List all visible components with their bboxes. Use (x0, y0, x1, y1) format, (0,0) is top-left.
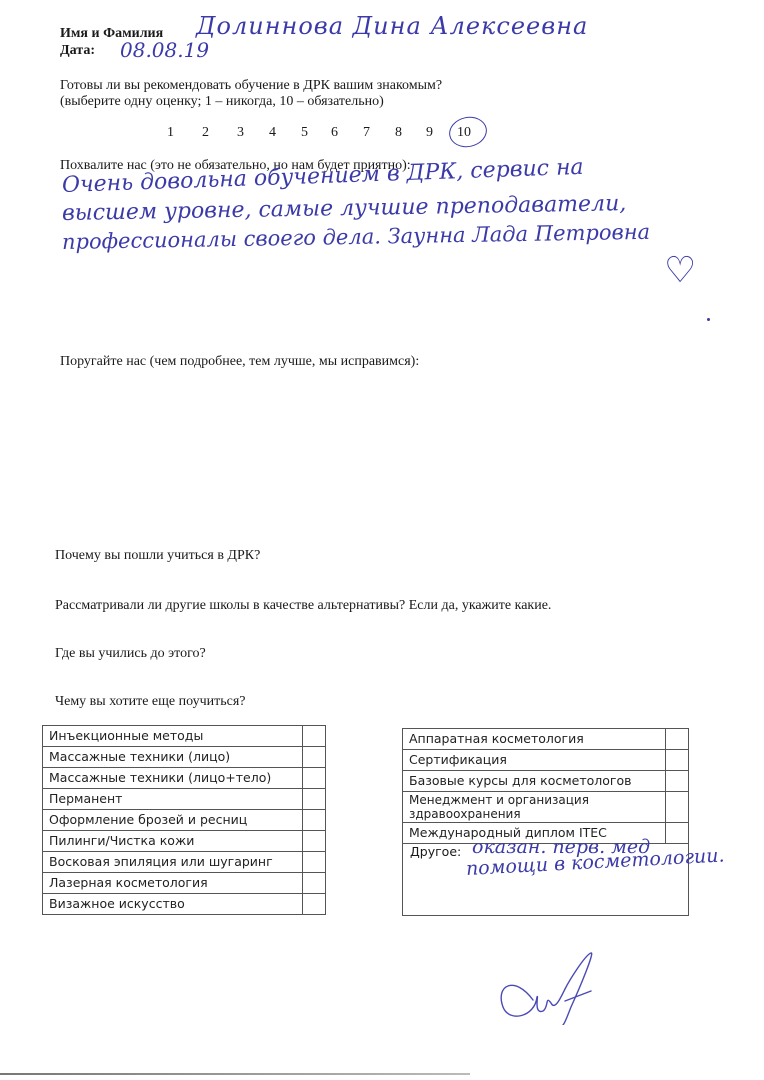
selected-rating-circle (446, 113, 489, 150)
date-label: Дата: (60, 43, 95, 59)
name-field[interactable]: Долиннова Дина Алексеевна (196, 12, 588, 40)
option-label: Пилинги/Чистка кожи (43, 831, 303, 852)
criticism-answer-area[interactable] (60, 372, 700, 532)
praise-answer[interactable]: Очень довольна обучением в ДРК, сервис н… (62, 172, 650, 256)
option-checkbox[interactable] (666, 750, 689, 771)
option-row: Аппаратная косметология (403, 729, 689, 750)
previous-answer-area[interactable] (55, 664, 695, 690)
other-label: Другое: (410, 844, 461, 859)
rating-option[interactable]: 2 (202, 124, 209, 142)
learn-more-question: Чему вы хотите еще поучиться? (55, 694, 245, 710)
option-row: Перманент (43, 789, 326, 810)
signature (495, 945, 605, 1025)
alternatives-answer-area[interactable] (55, 616, 695, 644)
option-label: Восковая эпиляция или шугаринг (43, 852, 303, 873)
option-checkbox[interactable] (303, 831, 326, 852)
option-label: Оформление брозей и ресниц (43, 810, 303, 831)
option-checkbox[interactable] (303, 894, 326, 915)
option-row: Массажные техники (лицо+тело) (43, 768, 326, 789)
rating-option[interactable]: 1 (167, 124, 174, 142)
option-checkbox[interactable] (303, 768, 326, 789)
rating-option[interactable]: 5 (301, 124, 308, 142)
option-checkbox[interactable] (666, 729, 689, 750)
option-checkbox[interactable] (666, 771, 689, 792)
option-row: Лазерная косметология (43, 873, 326, 894)
option-checkbox[interactable] (303, 810, 326, 831)
rating-option[interactable]: 4 (269, 124, 276, 142)
option-row: Оформление брозей и ресниц (43, 810, 326, 831)
recommend-question: Готовы ли вы рекомендовать обучение в ДР… (60, 78, 442, 94)
other-value: оказан. перв. мед помощи в косметологии. (472, 836, 725, 880)
option-label: Перманент (43, 789, 303, 810)
option-row: Базовые курсы для косметологов (403, 771, 689, 792)
option-checkbox[interactable] (303, 747, 326, 768)
option-row: Визажное искусство (43, 894, 326, 915)
option-label: Аппаратная косметология (403, 729, 666, 750)
left-options-table: Инъекционные методы Массажные техники (л… (42, 725, 326, 915)
criticism-question: Поругайте нас (чем подробнее, тем лучше,… (60, 354, 419, 370)
option-label: Менеджмент и организация здравоохранения (403, 792, 666, 823)
rating-option[interactable]: 3 (237, 124, 244, 142)
option-row: Инъекционные методы (43, 726, 326, 747)
alternatives-question: Рассматривали ли другие школы в качестве… (55, 598, 551, 614)
option-label: Массажные техники (лицо+тело) (43, 768, 303, 789)
right-options-table: Аппаратная косметология Сертификация Баз… (402, 728, 689, 844)
option-label: Массажные техники (лицо) (43, 747, 303, 768)
option-checkbox[interactable] (303, 852, 326, 873)
scan-edge (0, 1073, 470, 1075)
option-checkbox[interactable] (666, 792, 689, 823)
option-checkbox[interactable] (303, 873, 326, 894)
rating-option[interactable]: 8 (395, 124, 402, 142)
date-field[interactable]: 08.08.19 (120, 38, 209, 62)
why-answer-area[interactable] (55, 566, 695, 594)
recommend-hint: (выберите одну оценку; 1 – никогда, 10 –… (60, 94, 384, 110)
option-checkbox[interactable] (303, 789, 326, 810)
option-row: Восковая эпиляция или шугаринг (43, 852, 326, 873)
rating-option[interactable]: 6 (331, 124, 338, 142)
option-label: Сертификация (403, 750, 666, 771)
option-checkbox[interactable] (303, 726, 326, 747)
option-row: Сертификация (403, 750, 689, 771)
option-row: Массажные техники (лицо) (43, 747, 326, 768)
option-label: Лазерная косметология (43, 873, 303, 894)
option-row: Пилинги/Чистка кожи (43, 831, 326, 852)
previous-question: Где вы учились до этого? (55, 646, 206, 662)
ink-dot (707, 318, 710, 321)
rating-option[interactable]: 7 (363, 124, 370, 142)
option-label: Визажное искусство (43, 894, 303, 915)
option-label: Инъекционные методы (43, 726, 303, 747)
option-row: Менеджмент и организация здравоохранения (403, 792, 689, 823)
why-question: Почему вы пошли учиться в ДРК? (55, 548, 260, 564)
option-label: Базовые курсы для косметологов (403, 771, 666, 792)
heart-icon: ♡ (664, 250, 696, 291)
rating-option[interactable]: 9 (426, 124, 433, 142)
